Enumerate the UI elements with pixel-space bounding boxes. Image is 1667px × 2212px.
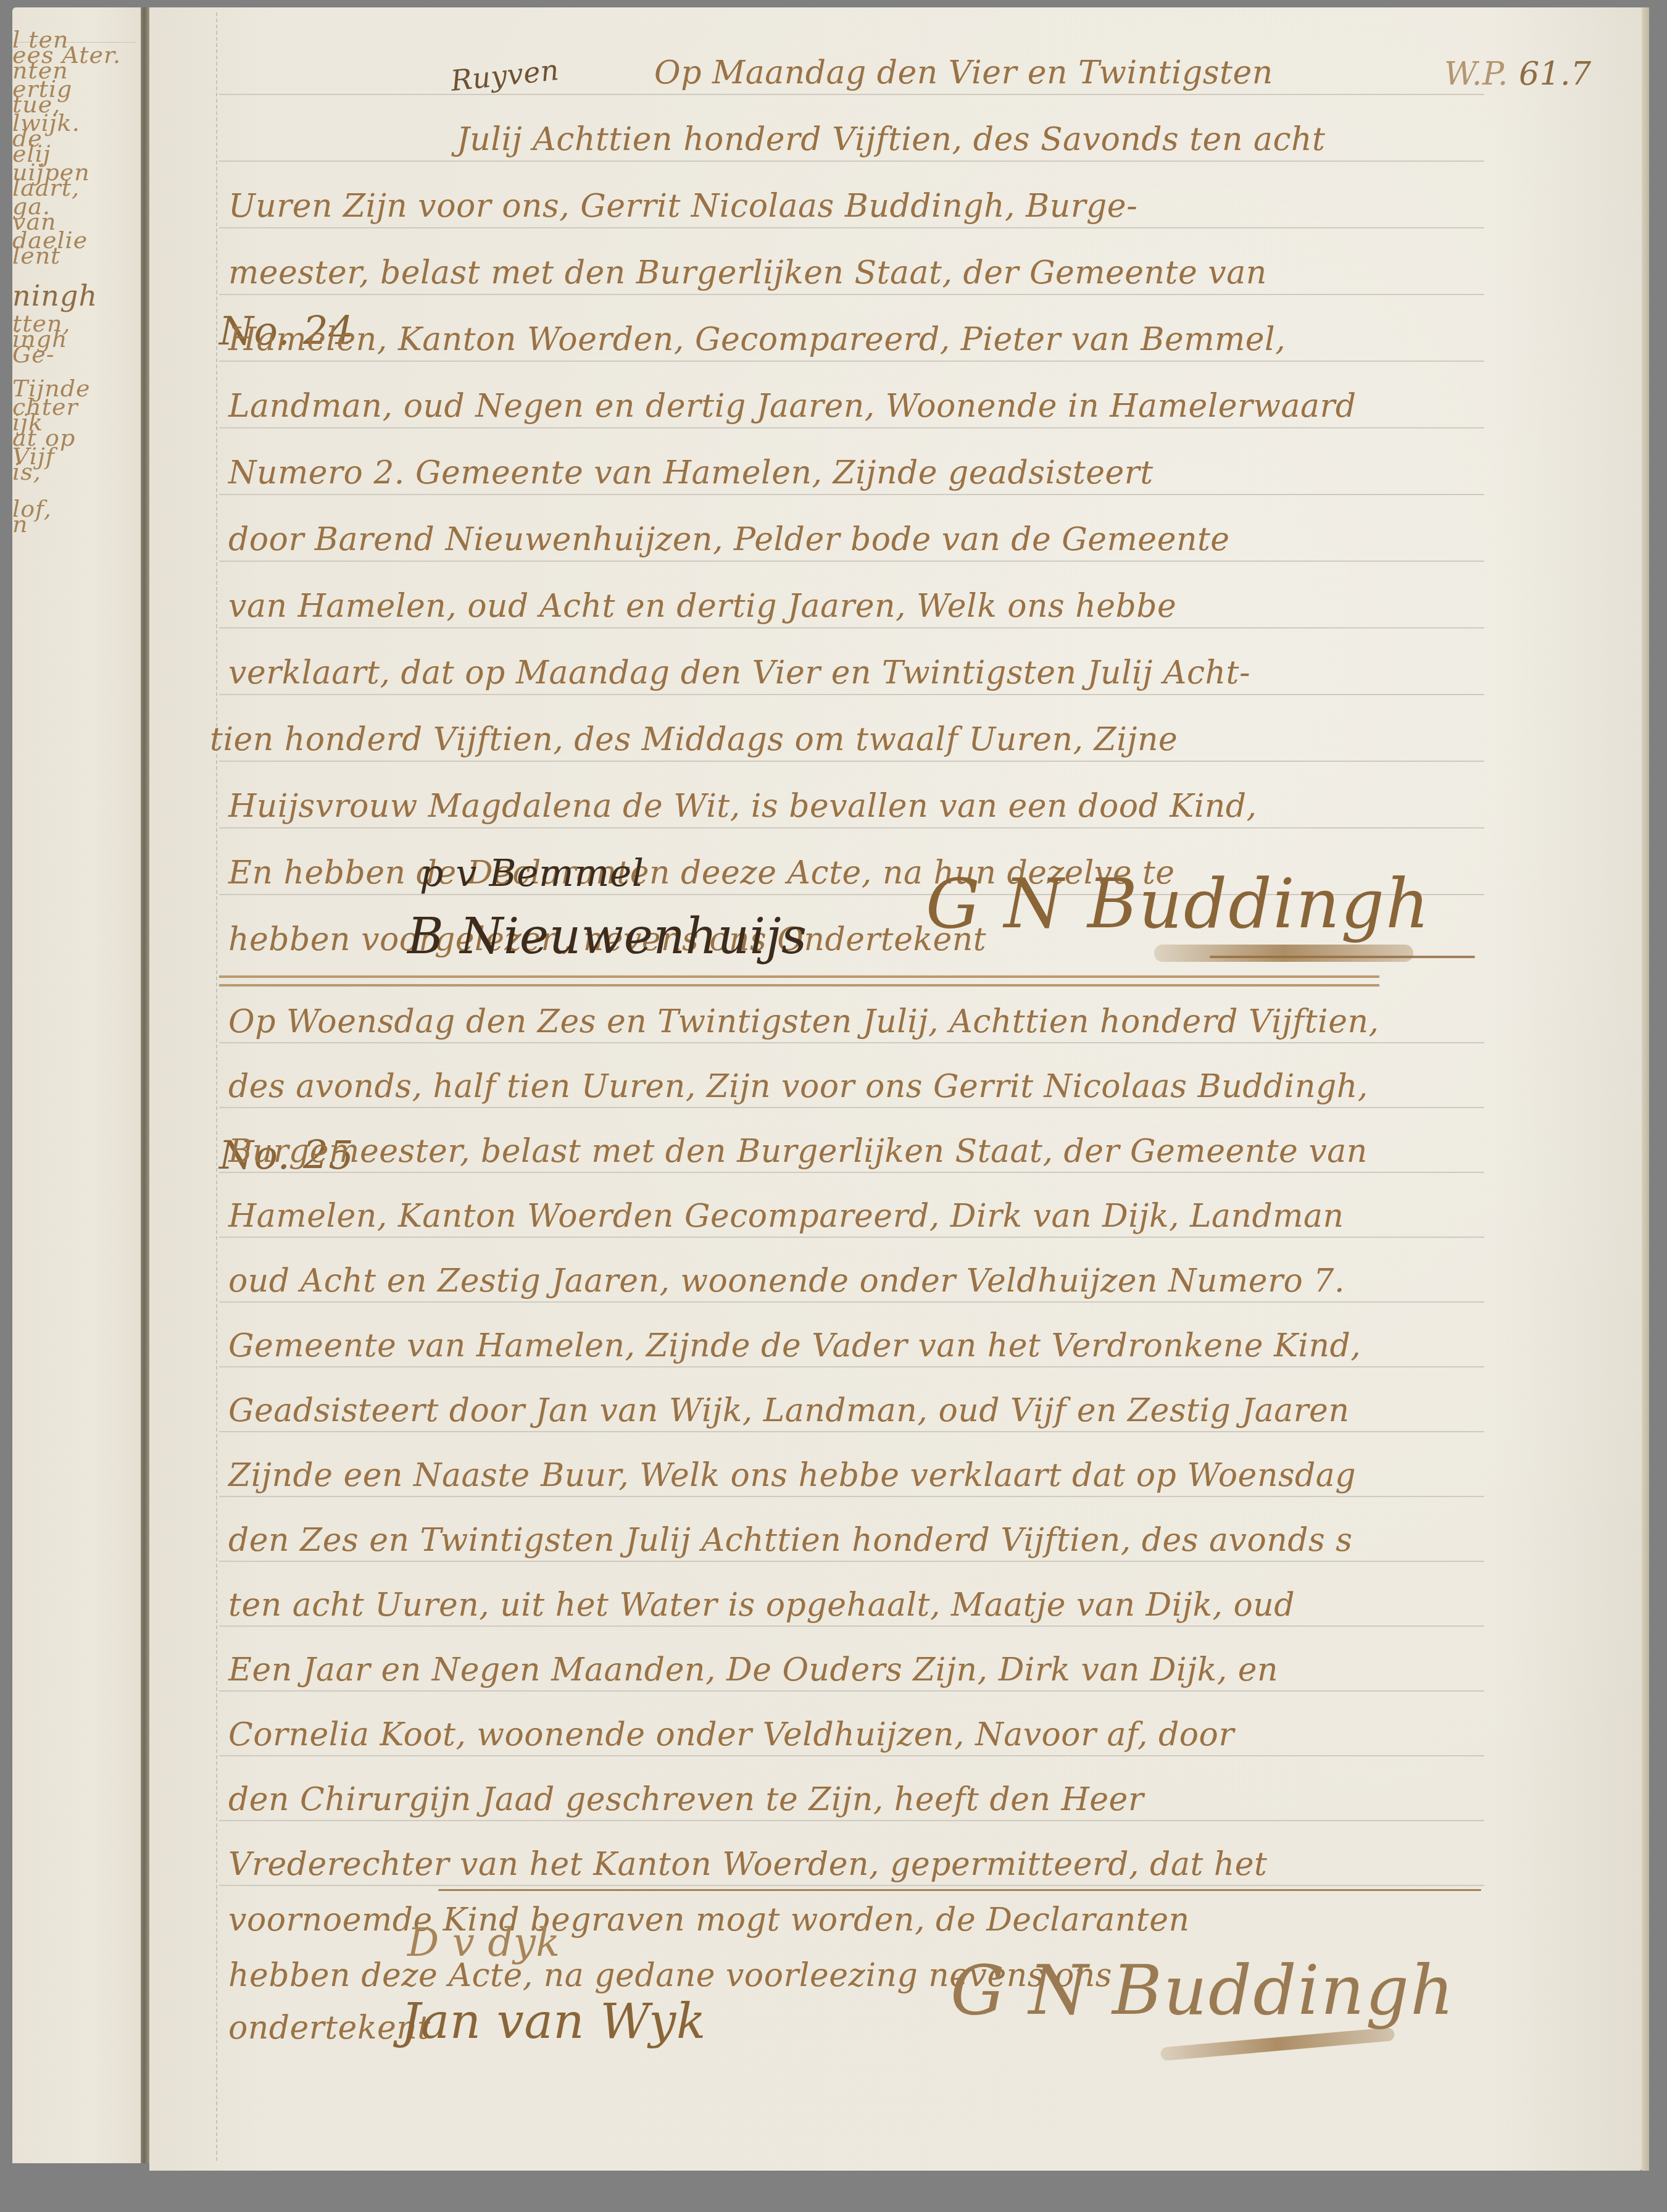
entry-text-line: Hamelen, Kanton Woerden, Gecompareerd, P… [228, 321, 1286, 358]
entry-text-line: den Chirurgijn Jaad geschreven te Zijn, … [228, 1781, 1144, 1818]
ruled-line [219, 1561, 1484, 1562]
reference-number: 61.7 [1519, 56, 1592, 93]
left-page-fragment: lent [12, 242, 60, 269]
left-page-fragment: Ge- [12, 341, 55, 368]
ruled-line [219, 1496, 1484, 1497]
entry-text-line: voornoemde Kind begraven mogt worden, de… [228, 1901, 1189, 1939]
entry-text-line: Huijsvrouw Magdalena de Wit, is bevallen… [228, 788, 1257, 825]
entry-text-line: den Zes en Twintigsten Julij Achttien ho… [228, 1522, 1352, 1559]
left-page-fragment: ningh [12, 279, 98, 312]
signature-declarant-2: B Nieuwenhuijs [407, 908, 807, 965]
signature-declarant-1: p v Bemmel [420, 852, 644, 895]
ruled-line [219, 1820, 1484, 1821]
entry-text-line: meester, belast met den Burgerlijken Sta… [228, 254, 1267, 291]
ruled-line [219, 561, 1484, 562]
entry-separator-rule [219, 975, 1379, 978]
scanned-document: l ten ees Ater. nten ertig tue, lwijk. d… [0, 0, 1667, 2212]
ruled-line [219, 427, 1484, 428]
ruled-line [219, 694, 1484, 695]
entry-text-line: Burgemeester, belast met den Burgerlijke… [228, 1133, 1368, 1170]
left-page-fragment: is, [12, 458, 41, 485]
ruled-line [219, 94, 1484, 95]
ruled-line [219, 1107, 1484, 1108]
entry-separator-rule [219, 984, 1379, 987]
ruled-line [219, 227, 1484, 228]
entry-text-line: Numero 2. Gemeente van Hamelen, Zijnde g… [228, 454, 1154, 491]
entry-text-line: Uuren Zijn voor ons, Gerrit Nicolaas Bud… [228, 188, 1137, 225]
ruled-line [219, 1366, 1484, 1367]
ruled-line [219, 1755, 1484, 1756]
left-page-fragment: n [12, 511, 28, 538]
ruled-line [219, 1237, 1484, 1238]
signature-official: G N Buddingh [926, 864, 1431, 943]
previous-page-edge: l ten ees Ater. nten ertig tue, lwijk. d… [12, 7, 143, 2163]
entry-text-line: Zijnde een Naaste Buur, Welk ons hebbe v… [228, 1457, 1356, 1494]
closing-dash [438, 1889, 1481, 1891]
ruled-line [219, 294, 1484, 295]
entry-text-line: Op Woensdag den Zes en Twintigsten Julij… [228, 1003, 1379, 1040]
ruled-line [219, 1626, 1484, 1627]
signature-flourish [1154, 945, 1413, 962]
ruled-line [219, 1042, 1484, 1043]
entry-text-line: Hamelen, Kanton Woerden Gecompareerd, Di… [228, 1198, 1344, 1235]
ruled-line [219, 1885, 1484, 1886]
ruled-line [219, 161, 1484, 162]
ruled-line [219, 627, 1484, 628]
entry-text-line: ten acht Uuren, uit het Water is opgehaa… [228, 1587, 1295, 1624]
ruled-line [219, 1172, 1484, 1173]
ruled-line [219, 761, 1484, 762]
ruled-line [219, 827, 1484, 828]
ruled-line [219, 361, 1484, 362]
entry-text-line: Een Jaar en Negen Maanden, De Ouders Zij… [228, 1651, 1278, 1688]
entry-text-line: Landman, oud Negen en dertig Jaaren, Woo… [228, 388, 1357, 425]
ruled-line [219, 1690, 1484, 1692]
entry-text-line: Geadsisteert door Jan van Wijk, Landman,… [228, 1392, 1349, 1429]
archive-reference: W.P. 61.7 [1444, 56, 1592, 93]
entry-text-line: Julij Achttien honderd Vijftien, des Sav… [457, 121, 1325, 158]
entry-text-line: Gemeente van Hamelen, Zijnde de Vader va… [228, 1327, 1361, 1364]
book-binding-gutter [141, 7, 149, 2163]
entry-text-line: ondertekent [228, 2010, 431, 2047]
entry-text-line: oud Acht en Zestig Jaaren, woonende onde… [228, 1263, 1345, 1300]
ruled-line [219, 1301, 1484, 1303]
page-edge [1642, 7, 1649, 2171]
entry-text-line: Vrederechter van het Kanton Woerden, gep… [228, 1846, 1268, 1883]
margin-line [216, 12, 217, 2161]
signature-declarant-2: Jan van Wyk [401, 1994, 706, 2050]
entry-text-line: tien honderd Vijftien, des Middags om tw… [210, 721, 1178, 758]
signature-official: G N Buddingh [950, 1951, 1455, 2030]
entry-text-line: des avonds, half tien Uuren, Zijn voor o… [228, 1068, 1368, 1105]
entry-text-line: van Hamelen, oud Acht en dertig Jaaren, … [228, 588, 1176, 625]
entry-text-line: verklaart, dat op Maandag den Vier en Tw… [228, 654, 1250, 691]
entry-text-line: door Barend Nieuwenhuijzen, Pelder bode … [228, 521, 1230, 558]
ruled-line [219, 1431, 1484, 1432]
entry-text-line: Cornelia Koot, woonende onder Veldhuijze… [228, 1716, 1234, 1753]
ruled-line [219, 494, 1484, 495]
reference-letters: W.P. [1444, 56, 1508, 93]
signature-declarant-1: D v dyk [407, 1920, 560, 1966]
entry-text-line: Op Maandag den Vier en Twintigsten [654, 54, 1273, 91]
